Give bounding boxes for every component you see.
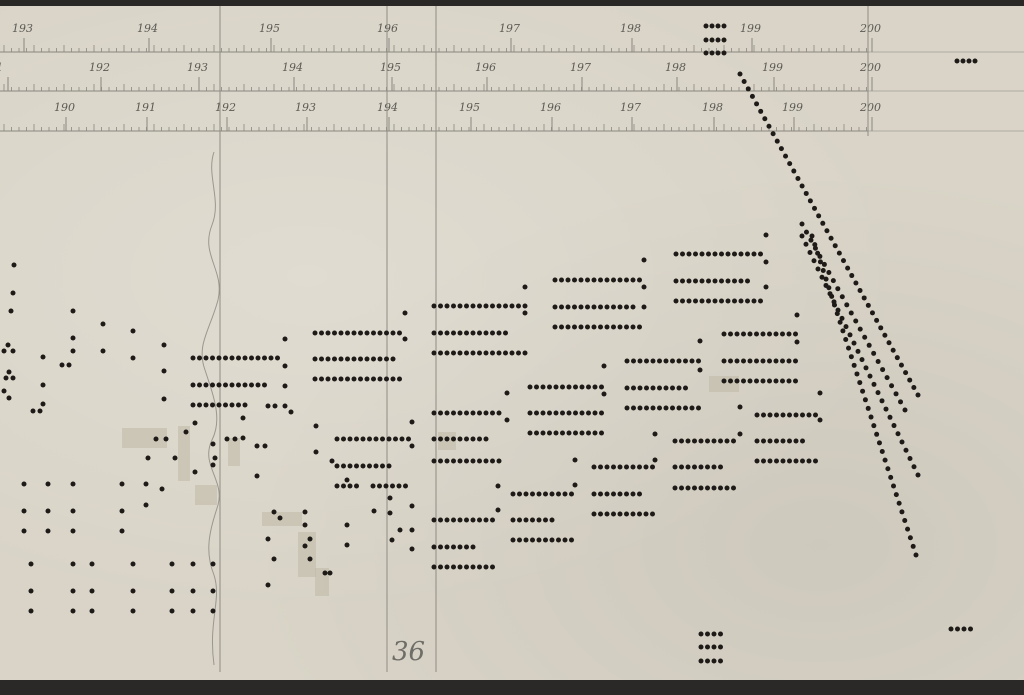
ruler-label: 192 bbox=[215, 101, 236, 114]
ruler-label: 195 bbox=[380, 61, 401, 74]
ruler-label: 200 bbox=[859, 22, 881, 35]
ruler-label: 194 bbox=[137, 22, 158, 35]
ruler-label: 199 bbox=[740, 22, 761, 35]
ruler-label: 200 bbox=[859, 101, 881, 114]
tape-patch bbox=[122, 428, 167, 448]
ruler-label: 198 bbox=[702, 101, 723, 114]
ruler-label: 196 bbox=[475, 61, 496, 74]
ruler-label: 1 bbox=[0, 61, 3, 74]
ruler-label: 198 bbox=[665, 61, 686, 74]
ruler-label: 199 bbox=[782, 101, 803, 114]
ruler-label: 198 bbox=[620, 22, 641, 35]
ruler-2: 1192193194195196197198199200 bbox=[0, 61, 1024, 91]
ruler-label: 200 bbox=[859, 61, 881, 74]
ruler-1: 193194195196197198199200 bbox=[0, 22, 1024, 52]
tape-patch bbox=[228, 438, 240, 466]
ruler-label: 197 bbox=[499, 22, 520, 35]
ruler-label: 193 bbox=[295, 101, 316, 114]
ruler-label: 199 bbox=[762, 61, 783, 74]
ruler-label: 195 bbox=[459, 101, 480, 114]
pencil-squiggle bbox=[202, 152, 219, 665]
ruler-label: 191 bbox=[135, 101, 156, 114]
ruler-label: 194 bbox=[282, 61, 303, 74]
tape-patch bbox=[298, 532, 316, 577]
page-number: 36 bbox=[392, 637, 425, 667]
ruler-label: 197 bbox=[570, 61, 591, 74]
ruler-label: 190 bbox=[54, 101, 75, 114]
ruler-label: 193 bbox=[187, 61, 208, 74]
punched-roll-canvas: 1931941951961971981992001192193194195196… bbox=[0, 0, 1024, 695]
ruler-label: 193 bbox=[12, 22, 33, 35]
ruler-label: 196 bbox=[540, 101, 561, 114]
punched-holes bbox=[2, 24, 978, 664]
tape-patch bbox=[709, 376, 739, 392]
ruler-label: 192 bbox=[89, 61, 110, 74]
ruler-3: 190191192193194195196197198199200 bbox=[0, 101, 1024, 131]
ruler-label: 197 bbox=[620, 101, 641, 114]
tape-patch bbox=[178, 426, 190, 481]
ruler-label: 195 bbox=[259, 22, 280, 35]
tape-patch bbox=[195, 485, 217, 505]
ruler-scales: 1931941951961971981992001192193194195196… bbox=[0, 22, 1024, 131]
